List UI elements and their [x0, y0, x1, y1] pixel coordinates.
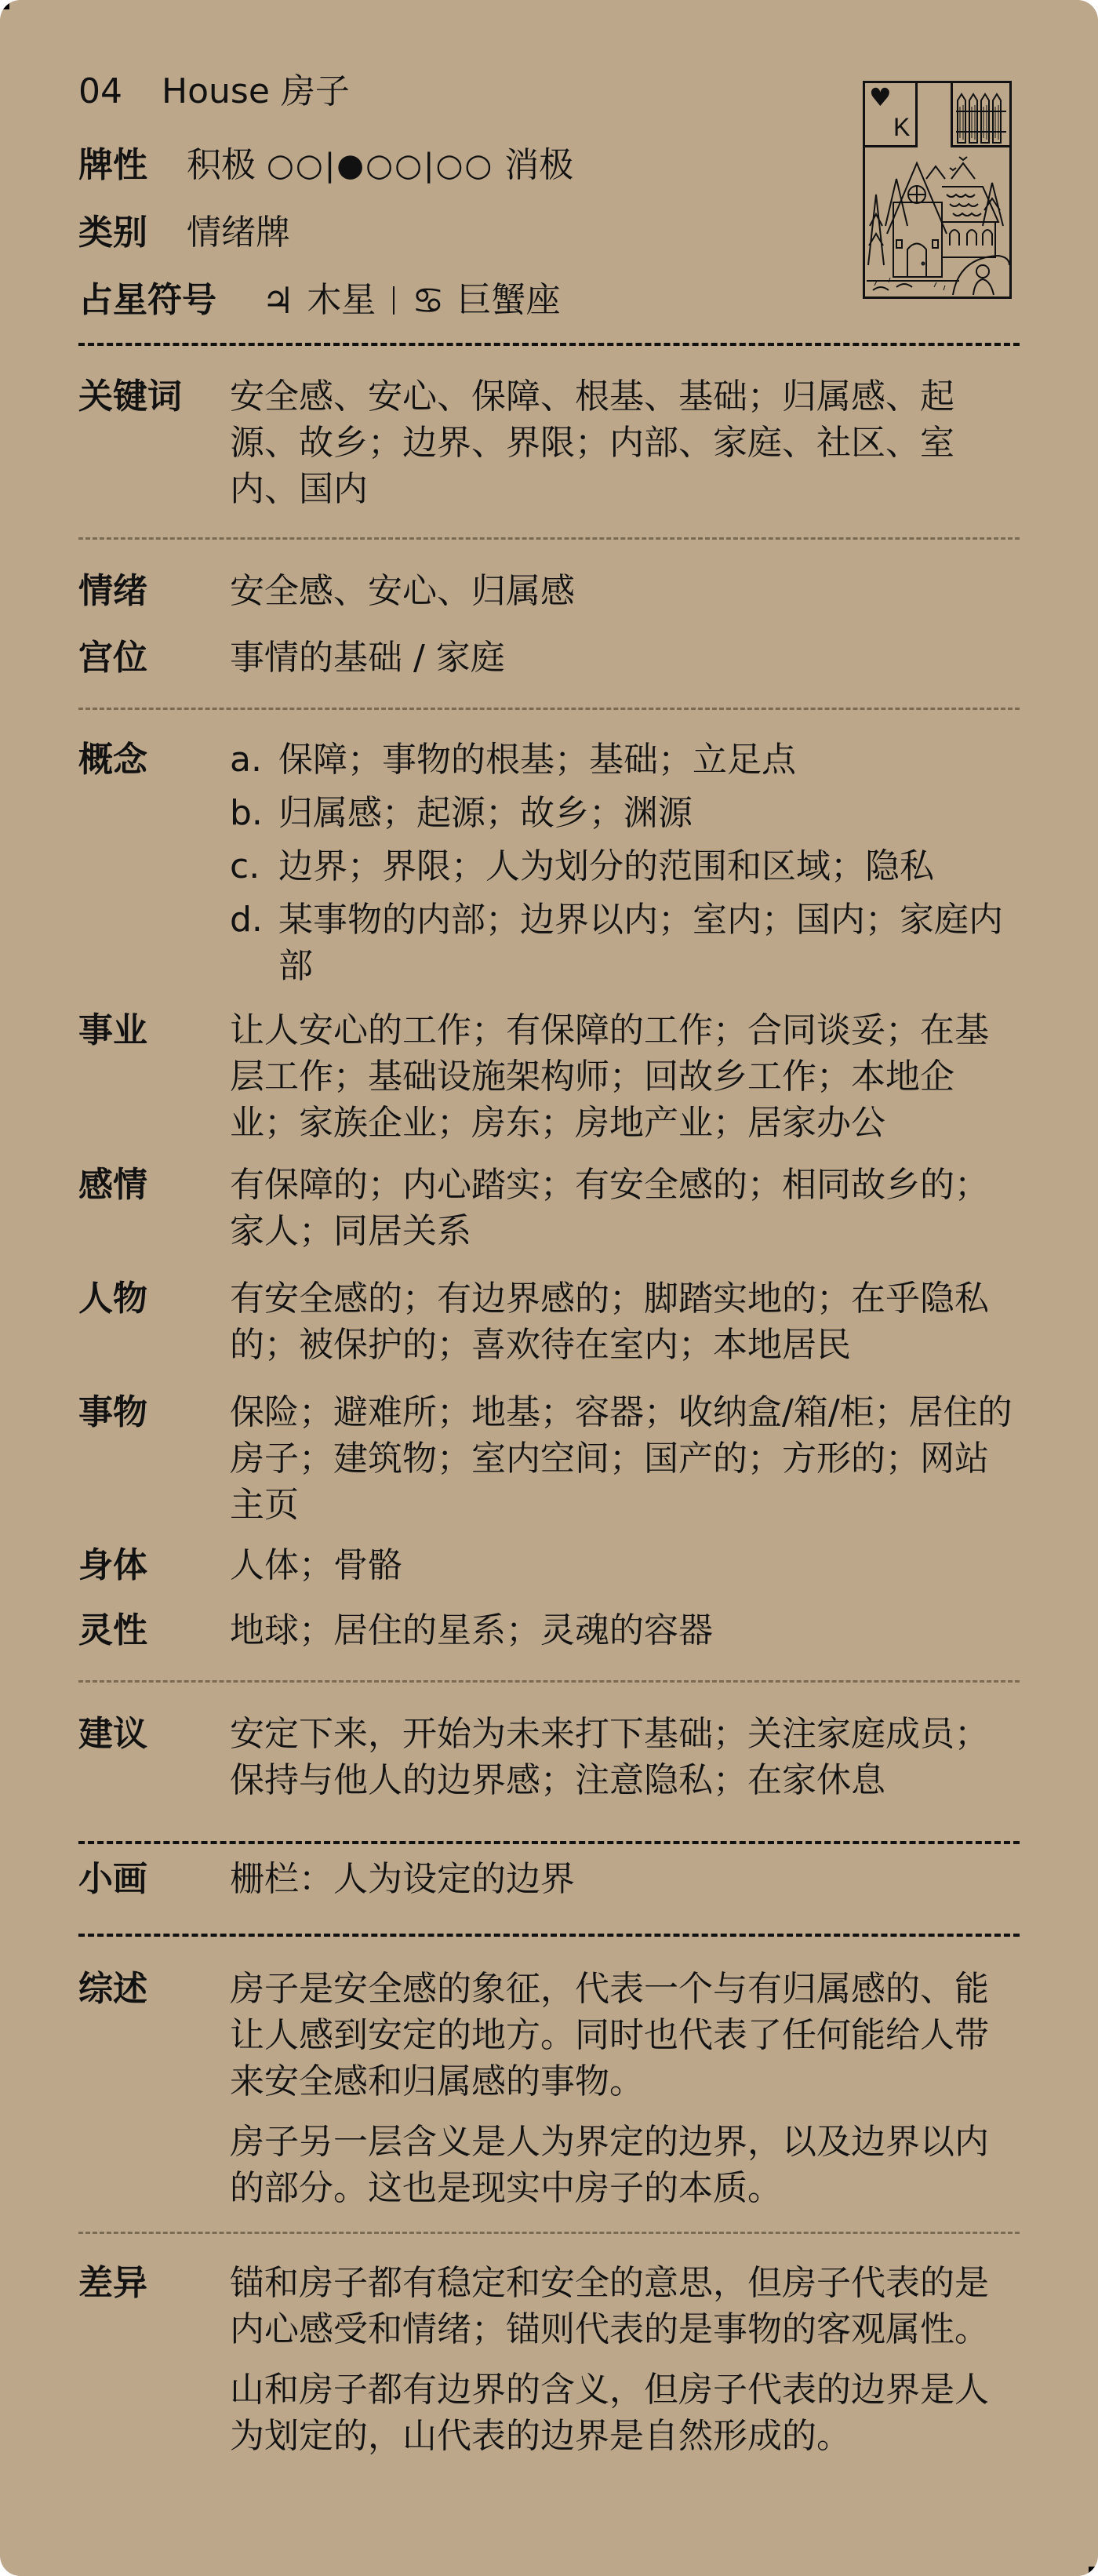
section-label: 差异 — [78, 2260, 230, 2459]
concept-item: a. 保障；事物的根基；基础；立足点 — [230, 737, 1020, 783]
concept-letter: b. — [230, 790, 278, 836]
section-value: 有保障的；内心踏实；有安全感的；相同故乡的；家人；同居关系 — [230, 1162, 1020, 1254]
card-name: House 房子 — [162, 64, 350, 119]
section-difference: 差异 锚和房子都有稳定和安全的意思，但房子代表的是内心感受和情绪；锚则代表的是事… — [78, 2260, 1020, 2459]
concept-text: 某事物的内部；边界以内；室内；国内；家庭内部 — [278, 897, 1020, 989]
section-keywords: 关键词 安全感、安心、保障、根基、基础；归属感、起源、故乡；边界、界限；内部、家… — [78, 373, 1020, 512]
difference-paragraph: 山和房子都有边界的含义，但房子代表的边界是人为划定的，山代表的边界是自然形成的。 — [230, 2367, 1020, 2459]
section-people: 人物 有安全感的；有边界感的；脚踏实地的；在乎隐私的；被保护的；喜欢待在室内；本… — [78, 1275, 1020, 1368]
section-label: 事业 — [78, 1007, 230, 1146]
section-divider — [78, 1841, 1020, 1844]
concept-item: d. 某事物的内部；边界以内；室内；国内；家庭内部 — [230, 897, 1020, 989]
section-label: 综述 — [78, 1966, 230, 2211]
section-label: 宫位 — [78, 635, 230, 681]
section-body: 身体 人体；骨骼 — [78, 1542, 1020, 1588]
polarity-negative: 消极 — [504, 132, 573, 199]
summary-paragraph: 房子另一层含义是人为界定的边界，以及边界以内的部分。这也是现实中房子的本质。 — [230, 2119, 1020, 2211]
astrology-label: 占星符号 — [78, 267, 216, 334]
card-number: 04 — [78, 64, 122, 119]
section-value: 安定下来，开始为未来打下基础；关注家庭成员；保持与他人的边界感；注意隐私；在家休… — [230, 1711, 1020, 1803]
card-index-corner: ♥ K — [865, 83, 918, 147]
concept-text: 保障；事物的根基；基础；立足点 — [278, 737, 1020, 783]
section-label: 感情 — [78, 1162, 230, 1254]
astrology-row: 占星符号 ♃ 木星 ♋ 巨蟹座 — [78, 267, 863, 334]
astrology-sign: 巨蟹座 — [457, 267, 561, 334]
concept-list: a. 保障；事物的根基；基础；立足点 b. 归属感；起源；故乡；渊源 c. 边界… — [230, 737, 1020, 989]
polarity-scale: ○○|●○○|○○ — [267, 132, 493, 199]
card-rank: K — [893, 111, 910, 143]
section-divider — [78, 343, 1020, 346]
section-value: 保险；避难所；地基；容器；收纳盒/箱/柜；居住的房子；建筑物；室内空间；国产的；… — [230, 1389, 1020, 1528]
section-label: 关键词 — [78, 373, 230, 512]
section-value: 安全感、安心、归属感 — [230, 568, 1020, 614]
section-concept: 概念 a. 保障；事物的根基；基础；立足点 b. 归属感；起源；故乡；渊源 c.… — [78, 737, 1020, 989]
cancer-icon: ♋ — [412, 267, 444, 334]
concept-text: 边界；界限；人为划分的范围和区域；隐私 — [278, 843, 1020, 890]
section-value: 让人安心的工作；有保障的工作；合同谈妥；在基层工作；基础设施架构师；回故乡工作；… — [230, 1007, 1020, 1146]
section-summary: 综述 房子是安全感的象征，代表一个与有归属感的、能让人感到安定的地方。同时也代表… — [78, 1966, 1020, 2211]
section-label: 身体 — [78, 1542, 230, 1588]
concept-item: c. 边界；界限；人为划分的范围和区域；隐私 — [230, 843, 1020, 890]
section-divider — [78, 537, 1020, 540]
section-label: 人物 — [78, 1275, 230, 1368]
section-label: 小画 — [78, 1856, 230, 1902]
corner-mark — [0, 0, 9, 9]
card-title: 04 House 房子 — [78, 64, 863, 119]
polarity-row: 牌性 积极 ○○|●○○|○○ 消极 — [78, 132, 863, 199]
card-illustration: ♥ K — [863, 81, 1012, 299]
summary-paragraph: 房子是安全感的象征，代表一个与有归属感的、能让人感到安定的地方。同时也代表了任何… — [230, 1966, 1020, 2105]
category-row: 类别 情绪牌 — [78, 199, 863, 267]
section-value: 事情的基础 / 家庭 — [230, 635, 1020, 681]
concept-letter: c. — [230, 843, 278, 890]
concept-text: 归属感；起源；故乡；渊源 — [278, 790, 1020, 836]
section-things: 事物 保险；避难所；地基；容器；收纳盒/箱/柜；居住的房子；建筑物；室内空间；国… — [78, 1389, 1020, 1528]
concept-letter: a. — [230, 737, 278, 783]
polarity-label: 牌性 — [78, 132, 147, 199]
corner-mark — [1089, 2567, 1098, 2576]
section-value: 人体；骨骼 — [230, 1542, 1020, 1588]
section-label: 概念 — [78, 737, 230, 989]
section-label: 事物 — [78, 1389, 230, 1528]
section-value: 地球；居住的星系；灵魂的容器 — [230, 1607, 1020, 1654]
section-career: 事业 让人安心的工作；有保障的工作；合同谈妥；在基层工作；基础设施架构师；回故乡… — [78, 1007, 1020, 1146]
difference-paragraph: 锚和房子都有稳定和安全的意思，但房子代表的是内心感受和情绪；锚则代表的是事物的客… — [230, 2260, 1020, 2352]
section-emotion: 情绪 安全感、安心、归属感 — [78, 568, 1020, 614]
section-value: 安全感、安心、保障、根基、基础；归属感、起源、故乡；边界、界限；内部、家庭、社区… — [230, 373, 1020, 512]
category-value: 情绪牌 — [187, 199, 290, 267]
section-love: 感情 有保障的；内心踏实；有安全感的；相同故乡的；家人；同居关系 — [78, 1162, 1020, 1254]
section-divider — [78, 2232, 1020, 2234]
house-scene-icon — [865, 147, 1009, 297]
section-divider — [78, 1680, 1020, 1683]
heart-icon: ♥ — [869, 83, 892, 111]
section-vignette: 小画 栅栏：人为设定的边界 — [78, 1856, 1020, 1902]
section-divider — [78, 1934, 1020, 1937]
fence-icon — [951, 83, 1009, 147]
concept-letter: d. — [230, 897, 278, 989]
section-label: 灵性 — [78, 1607, 230, 1654]
astrology-planet: 木星 — [307, 267, 376, 334]
section-value: 有安全感的；有边界感的；脚踏实地的；在乎隐私的；被保护的；喜欢待在室内；本地居民 — [230, 1275, 1020, 1368]
jupiter-icon: ♃ — [262, 267, 294, 334]
polarity-positive: 积极 — [187, 132, 256, 199]
section-label: 建议 — [78, 1711, 230, 1803]
section-label: 情绪 — [78, 568, 230, 614]
category-label: 类别 — [78, 199, 147, 267]
section-value: 栅栏：人为设定的边界 — [230, 1856, 1020, 1902]
section-advice: 建议 安定下来，开始为未来打下基础；关注家庭成员；保持与他人的边界感；注意隐私；… — [78, 1711, 1020, 1803]
section-house-position: 宫位 事情的基础 / 家庭 — [78, 635, 1020, 681]
section-divider — [78, 708, 1020, 710]
astrology-separator — [393, 286, 394, 315]
concept-item: b. 归属感；起源；故乡；渊源 — [230, 790, 1020, 836]
section-paragraphs: 房子是安全感的象征，代表一个与有归属感的、能让人感到安定的地方。同时也代表了任何… — [230, 1966, 1020, 2211]
section-spirituality: 灵性 地球；居住的星系；灵魂的容器 — [78, 1607, 1020, 1654]
card-header: 04 House 房子 牌性 积极 ○○|●○○|○○ 消极 类别 情绪牌 占星… — [78, 64, 863, 334]
section-paragraphs: 锚和房子都有稳定和安全的意思，但房子代表的是内心感受和情绪；锚则代表的是事物的客… — [230, 2260, 1020, 2459]
card-sheet: 04 House 房子 牌性 积极 ○○|●○○|○○ 消极 类别 情绪牌 占星… — [0, 0, 1098, 2576]
